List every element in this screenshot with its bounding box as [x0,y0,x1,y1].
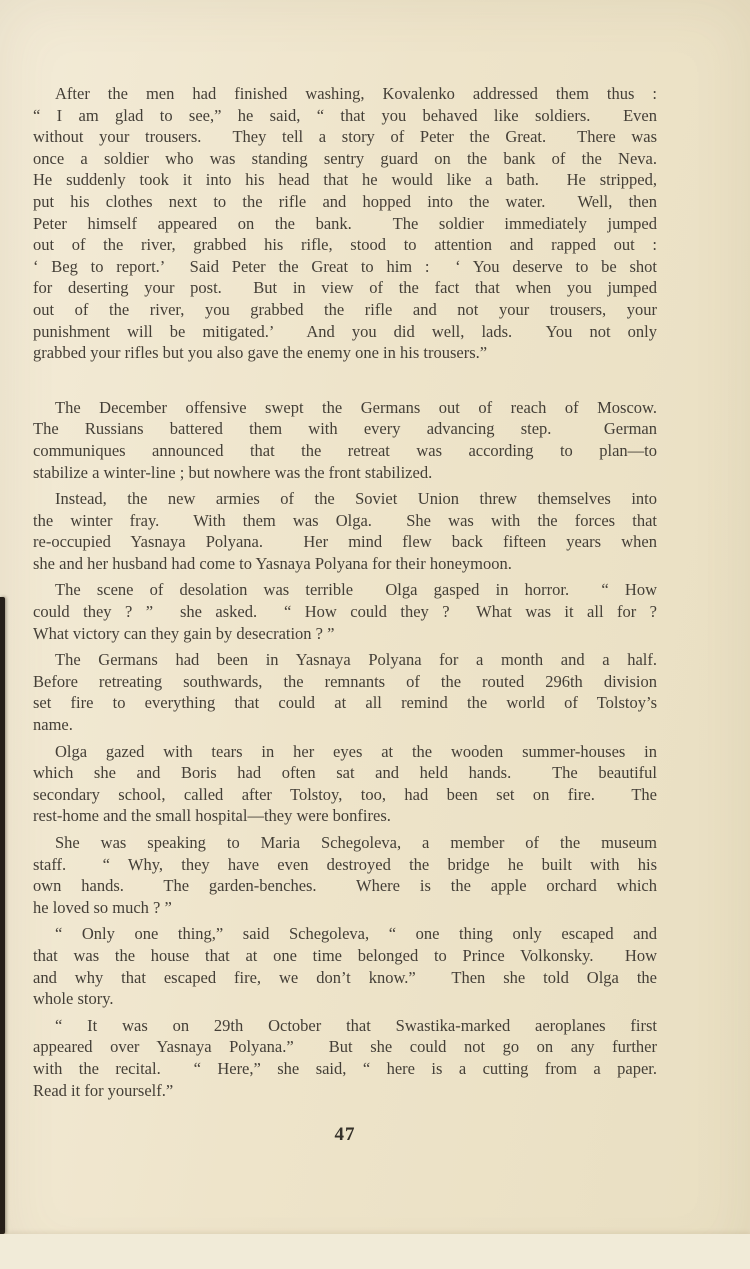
text-line: she and her husband had come to Yasnaya … [33,553,657,575]
paragraph: Olga gazed with tears in her eyes at the… [33,741,657,827]
text-line: stabilize a winter-line ; but nowhere wa… [33,462,657,484]
text-line: re-occupied Yasnaya Polyana. Her mind fl… [33,531,657,553]
text-block: After the men had finished washing, Kova… [33,83,657,1106]
text-line: own hands. The garden-benches. Where is … [33,875,657,897]
text-line: for deserting your post. But in view of … [33,277,657,299]
text-line: What victory can they gain by desecratio… [33,623,657,645]
text-line: ‘ Beg to report.’ Said Peter the Great t… [33,256,657,278]
text-line: After the men had finished washing, Kova… [33,83,657,105]
text-line: that was the house that at one time belo… [33,945,657,967]
text-line: could they ? ” she asked. “ How could th… [33,601,657,623]
text-line: which she and Boris had often sat and he… [33,762,657,784]
text-line: set fire to everything that could at all… [33,692,657,714]
text-line: secondary school, called after Tolstoy, … [33,784,657,806]
text-line: “ I am glad to see,” he said, “ that you… [33,105,657,127]
text-line: Before retreating southwards, the remnan… [33,671,657,693]
paragraph: Instead, the new armies of the Soviet Un… [33,488,657,574]
text-line: “ It was on 29th October that Swastika-m… [33,1015,657,1037]
text-line: the winter fray. With them was Olga. She… [33,510,657,532]
text-line: and why that escaped fire, we don’t know… [33,967,657,989]
paragraph: The scene of desolation was terrible Olg… [33,579,657,644]
text-line: He suddenly took it into his head that h… [33,169,657,191]
paragraph: “ It was on 29th October that Swastika-m… [33,1015,657,1101]
paragraph: “ Only one thing,” said Schegoleva, “ on… [33,923,657,1009]
text-line: he loved so much ? ” [33,897,657,919]
text-line: “ Only one thing,” said Schegoleva, “ on… [33,923,657,945]
text-line: Instead, the new armies of the Soviet Un… [33,488,657,510]
text-line: Olga gazed with tears in her eyes at the… [33,741,657,763]
text-line: rest-home and the small hospital—they we… [33,805,657,827]
text-line: The Germans had been in Yasnaya Polyana … [33,649,657,671]
text-line: out of the river, grabbed his rifle, sto… [33,234,657,256]
text-line: communiques announced that the retreat w… [33,440,657,462]
paragraph: After the men had finished washing, Kova… [33,83,657,364]
text-line: Read it for yourself.” [33,1080,657,1102]
text-line: with the recital. “ Here,” she said, “ h… [33,1058,657,1080]
text-line: The December offensive swept the Germans… [33,397,657,419]
text-line: without your trousers. They tell a story… [33,126,657,148]
text-line: name. [33,714,657,736]
book-page: After the men had finished washing, Kova… [0,0,750,1269]
text-line: The Russians battered them with every ad… [33,418,657,440]
text-line: staff. “ Why, they have even destroyed t… [33,854,657,876]
paragraph: The Germans had been in Yasnaya Polyana … [33,649,657,735]
text-line: whole story. [33,988,657,1010]
text-line: She was speaking to Maria Schegoleva, a … [33,832,657,854]
text-line: put his clothes next to the rifle and ho… [33,191,657,213]
page-bottom-edge [0,1234,750,1269]
text-line: appeared over Yasnaya Polyana.” But she … [33,1036,657,1058]
text-line: punishment will be mitigated.’ And you d… [33,321,657,343]
text-line: The scene of desolation was terrible Olg… [33,579,657,601]
text-line: Peter himself appeared on the bank. The … [33,213,657,235]
binding-shadow [0,597,5,1234]
page-number: 47 [33,1124,657,1146]
text-line: grabbed your rifles but you also gave th… [33,342,657,364]
text-line: out of the river, you grabbed the rifle … [33,299,657,321]
paragraph: The December offensive swept the Germans… [33,397,657,483]
paragraph: She was speaking to Maria Schegoleva, a … [33,832,657,918]
text-line: once a soldier who was standing sentry g… [33,148,657,170]
